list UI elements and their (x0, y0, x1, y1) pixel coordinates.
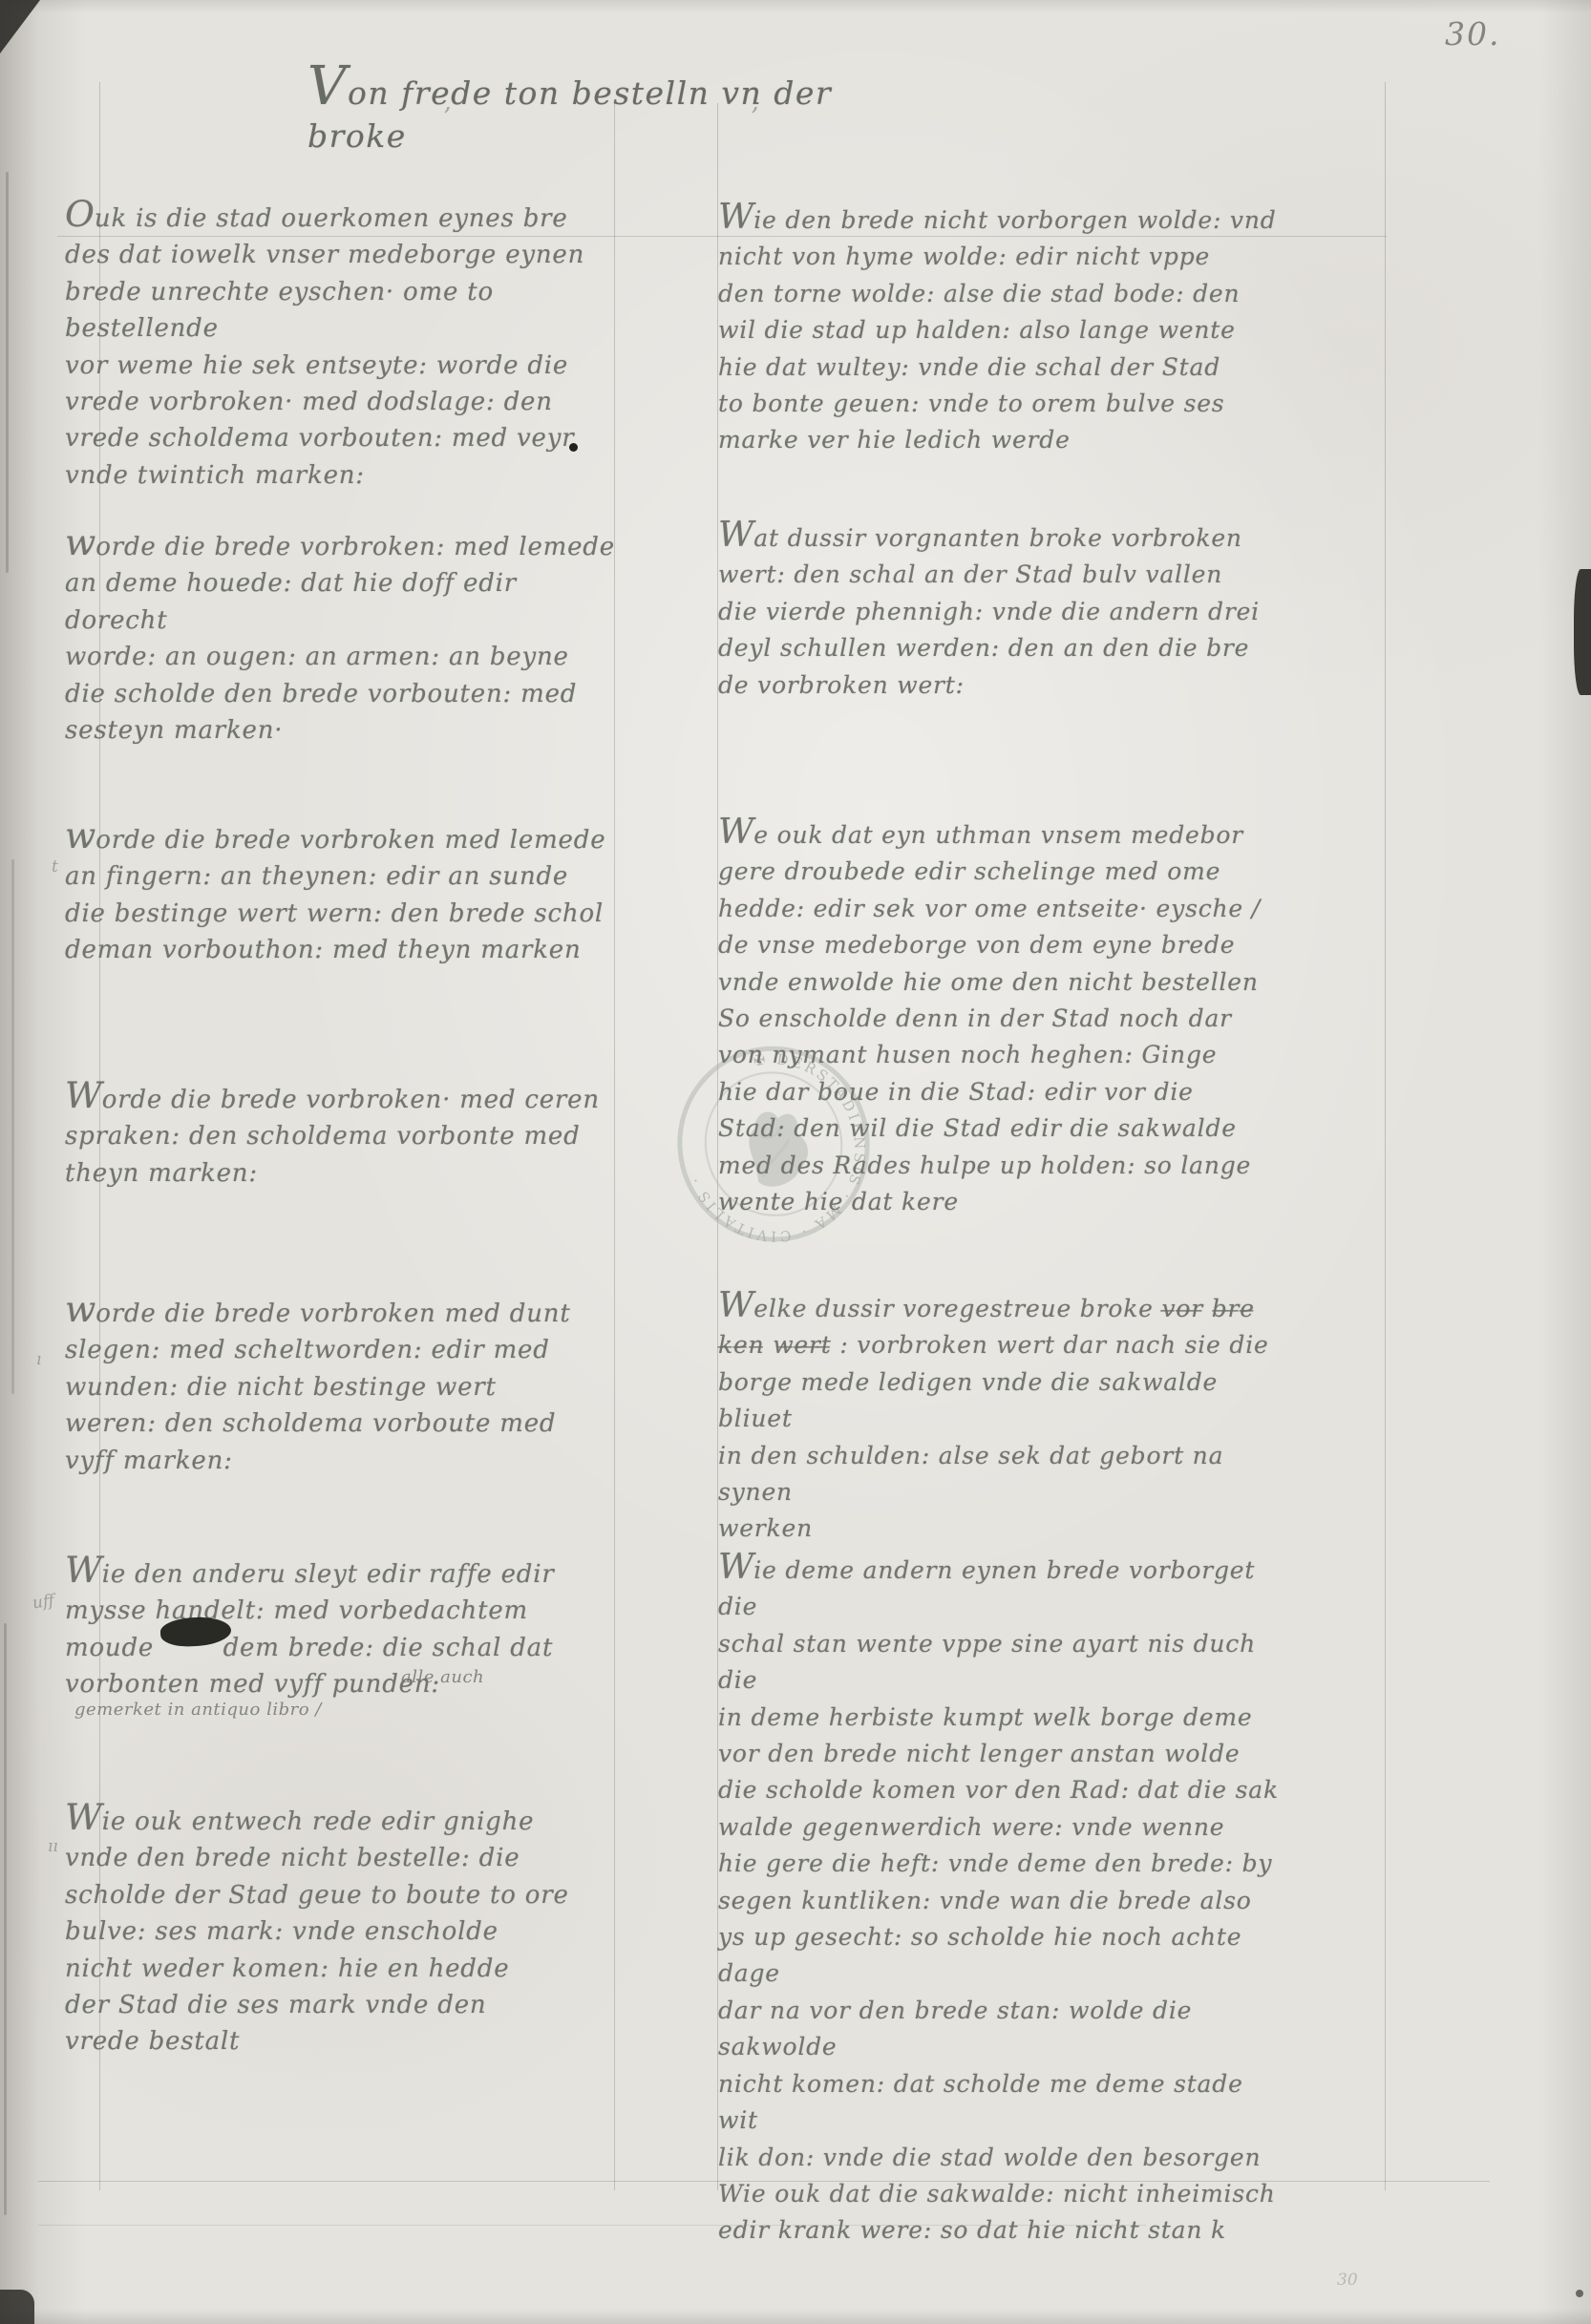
manuscript-line: lik don: vnde die stad wolde den besorge… (718, 2140, 1291, 2176)
manuscript-line: des dat iowelk vnser medeborge eynen (65, 237, 617, 273)
manuscript-line: die scholde den brede vorbouten: med (65, 676, 617, 712)
manuscript-line: Wie deme andern eynen brede vorborget di… (718, 1549, 1291, 1626)
scan-artifact-right-edge (1574, 569, 1591, 695)
manuscript-line: vrede scholdema vorbouten: med veyr (65, 420, 617, 456)
manuscript-line: vor weme hie sek entseyte: worde die (65, 348, 617, 384)
manuscript-line: in deme herbiste kumpt welk borge deme (718, 1700, 1291, 1736)
manuscript-line: Wie ouk entwech rede edir gnighe (65, 1799, 617, 1840)
manuscript-line: slegen: med scheltworden: edir med (65, 1332, 617, 1368)
paragraph-right-1: Wie den brede nicht vorborgen wolde: vnd… (718, 199, 1291, 459)
manuscript-line: hie dar boue in die Stad: edir vor die (718, 1074, 1291, 1110)
quire-tick-right: ’ (751, 103, 758, 132)
manuscript-line: Wie den brede nicht vorborgen wolde: vnd (718, 199, 1291, 239)
manuscript-line: Wie den anderu sleyt edir raffe edir (65, 1552, 617, 1593)
manuscript-line: wert: den schal an der Stad bulv vallen (718, 557, 1291, 593)
gutter-streak-2 (11, 859, 14, 1394)
manuscript-line: vrede vorbroken· med dodslage: den (65, 384, 617, 420)
paragraph-left-1: Ouk is die stad ouerkomen eynes bredes d… (65, 196, 617, 494)
manuscript-line: hie gere die heft: vnde deme den brede: … (718, 1846, 1291, 1882)
folio-number: 30. (1445, 15, 1500, 53)
manuscript-page: ✠ DERSTADIENSIS · MA · CIVITALIS · Von f… (0, 0, 1591, 2324)
manuscript-line: Wat dussir vorgnanten broke vorbroken (718, 517, 1291, 557)
manuscript-line: spraken: den scholdema vorbonte med (65, 1118, 617, 1154)
manuscript-line: die vierde phennigh: vnde die andern dre… (718, 594, 1291, 630)
manuscript-line: dar na vor den brede stan: wolde die sak… (718, 1993, 1291, 2066)
manuscript-line: weren: den scholdema vorboute med (65, 1405, 617, 1442)
manuscript-line: marke ver hie ledich werde (718, 422, 1291, 458)
manuscript-line: mysse handelt: med vorbedachtem (65, 1593, 617, 1629)
manuscript-line: walde gegenwerdich were: vnde wenne (718, 1809, 1291, 1846)
manuscript-line: werken (718, 1511, 1291, 1547)
scan-artifact-corner-top-left (0, 0, 40, 53)
manuscript-line: to bonte geuen: vnde to orem bulve ses (718, 386, 1291, 422)
manuscript-line: Ouk is die stad ouerkomen eynes bre (65, 196, 617, 237)
manuscript-line: sesteyn marken· (65, 712, 617, 749)
manuscript-line: edir krank were: so dat hie nicht stan k (718, 2212, 1291, 2249)
margin-mark-2: uff (32, 1591, 56, 1613)
manuscript-line: in den schulden: alse sek dat gebort na … (718, 1438, 1291, 1511)
paragraph-left-7: Wie ouk entwech rede edir gnighevnde den… (65, 1799, 617, 2060)
margin-mark-3: ıı (48, 1837, 58, 1856)
ink-speck-2 (1576, 2290, 1583, 2297)
corner-mark: 30 (1337, 2271, 1358, 2290)
manuscript-line: nicht von hyme wolde: edir nicht vppe (718, 239, 1291, 275)
manuscript-line: worde: an ougen: an armen: an beyne (65, 639, 617, 675)
scan-artifact-corner-bottom-left (0, 2290, 34, 2324)
paragraph-left-4: Worde die brede vorbroken· med cerenspra… (65, 1077, 617, 1192)
manuscript-line: wente hie dat kere (718, 1184, 1291, 1220)
manuscript-line: von nymant husen noch heghen: Ginge (718, 1037, 1291, 1073)
quire-tick-left: ’ (443, 103, 451, 132)
margin-mark-1: t (52, 857, 58, 877)
manuscript-line: theyn marken: (65, 1155, 617, 1192)
manuscript-line: scholde der Stad geue to boute to ore (65, 1877, 617, 1913)
manuscript-line: nicht weder komen: hie en hedde (65, 1951, 617, 1987)
paragraph-right-5: Wie deme andern eynen brede vorborget di… (718, 1549, 1291, 2250)
manuscript-line: So enscholde denn in der Stad noch dar (718, 1001, 1291, 1037)
manuscript-line: med des Rades hulpe up holden: so lange (718, 1148, 1291, 1184)
manuscript-line: ys up gesecht: so scholde hie noch achte… (718, 1919, 1291, 1993)
manuscript-line: wil die stad up halden: also lange wente (718, 312, 1291, 349)
manuscript-line: hedde: edir sek vor ome entseite· eysche… (718, 891, 1291, 927)
page-heading: Von frede ton bestelln vn der broke (308, 55, 919, 155)
gutter-streak-3 (4, 1623, 7, 2215)
manuscript-line: moude dem brede: die schal dat (65, 1630, 617, 1666)
scribal-note-line: gemerket in antiquo libro / (74, 1700, 322, 1720)
manuscript-line: den torne wolde: alse die stad bode: den (718, 276, 1291, 312)
manuscript-line: der Stad die ses mark vnde den (65, 1987, 617, 2023)
manuscript-line: an deme houede: dat hie doff edir dorech… (65, 565, 617, 639)
manuscript-line: Wie ouk dat die sakwalde: nicht inheimis… (718, 2176, 1291, 2212)
paragraph-right-3: We ouk dat eyn uthman vnsem medeborgere … (718, 813, 1291, 1220)
manuscript-line: We ouk dat eyn uthman vnsem medebor (718, 813, 1291, 854)
manuscript-line: wunden: die nicht bestinge wert (65, 1369, 617, 1405)
paragraph-left-6: Wie den anderu sleyt edir raffe edirmyss… (65, 1552, 617, 1703)
manuscript-line: de vnse medeborge von dem eyne brede (718, 927, 1291, 963)
margin-mark-4: ı (36, 1350, 41, 1369)
manuscript-line: de vorbroken wert: (718, 667, 1291, 704)
manuscript-line: vnde enwolde hie ome den nicht bestellen (718, 964, 1291, 1001)
manuscript-line: vyff marken: (65, 1443, 617, 1479)
manuscript-line: Stad: den wil die Stad edir die sakwalde (718, 1110, 1291, 1147)
manuscript-line: brede unrechte eyschen· ome to bestellen… (65, 274, 617, 348)
manuscript-line: deyl schullen werden: den an den die bre (718, 630, 1291, 666)
margin-rule-right (1385, 82, 1386, 2190)
scribal-note-inline: alle auch (401, 1667, 484, 1687)
manuscript-line: an fingern: an theynen: edir an sunde (65, 858, 617, 895)
manuscript-line: schal stan wente vppe sine ayart nis duc… (718, 1626, 1291, 1700)
manuscript-line: Welke dussir voregestreue broke v̶o̶r̶ b… (718, 1287, 1291, 1327)
manuscript-line: worde die brede vorbroken med lemede (65, 817, 617, 858)
manuscript-line: vrede bestalt (65, 2023, 617, 2060)
manuscript-line: vorbonten med vyff punden: (65, 1666, 617, 1702)
manuscript-line: worde die brede vorbroken med dunt (65, 1291, 617, 1332)
manuscript-line: worde die brede vorbroken: med lemede (65, 524, 617, 565)
gutter-streak-1 (6, 172, 9, 573)
paragraph-left-2: worde die brede vorbroken: med lemedean … (65, 524, 617, 749)
paragraph-left-3: worde die brede vorbroken med lemedean f… (65, 817, 617, 969)
manuscript-line: nicht komen: dat scholde me deme stade w… (718, 2066, 1291, 2140)
manuscript-line: hie dat wultey: vnde die schal der Stad (718, 349, 1291, 386)
paragraph-left-5: worde die brede vorbroken med duntslegen… (65, 1291, 617, 1479)
manuscript-line: vnde den brede nicht bestelle: die (65, 1840, 617, 1876)
manuscript-line: gere droubede edir schelinge med ome (718, 854, 1291, 890)
manuscript-line: Worde die brede vorbroken· med ceren (65, 1077, 617, 1118)
manuscript-line: vor den brede nicht lenger anstan wolde (718, 1736, 1291, 1772)
manuscript-line: die scholde komen vor den Rad: dat die s… (718, 1772, 1291, 1808)
paragraph-right-2: Wat dussir vorgnanten broke vorbrokenwer… (718, 517, 1291, 704)
manuscript-line: deman vorbouthon: med theyn marken (65, 932, 617, 968)
manuscript-line: borge mede ledigen vnde die sakwalde bli… (718, 1364, 1291, 1438)
manuscript-line: bulve: ses mark: vnde enscholde (65, 1913, 617, 1950)
paragraph-right-4: Welke dussir voregestreue broke v̶o̶r̶ b… (718, 1287, 1291, 1548)
manuscript-line: segen kuntliken: vnde wan die brede also (718, 1883, 1291, 1919)
manuscript-line: k̶e̶n̶ w̶e̶r̶t̶ : vorbroken wert dar nac… (718, 1327, 1291, 1363)
ink-speck-1 (569, 443, 578, 452)
manuscript-line: vnde twintich marken: (65, 457, 617, 494)
manuscript-line: die bestinge wert wern: den brede schol (65, 896, 617, 932)
